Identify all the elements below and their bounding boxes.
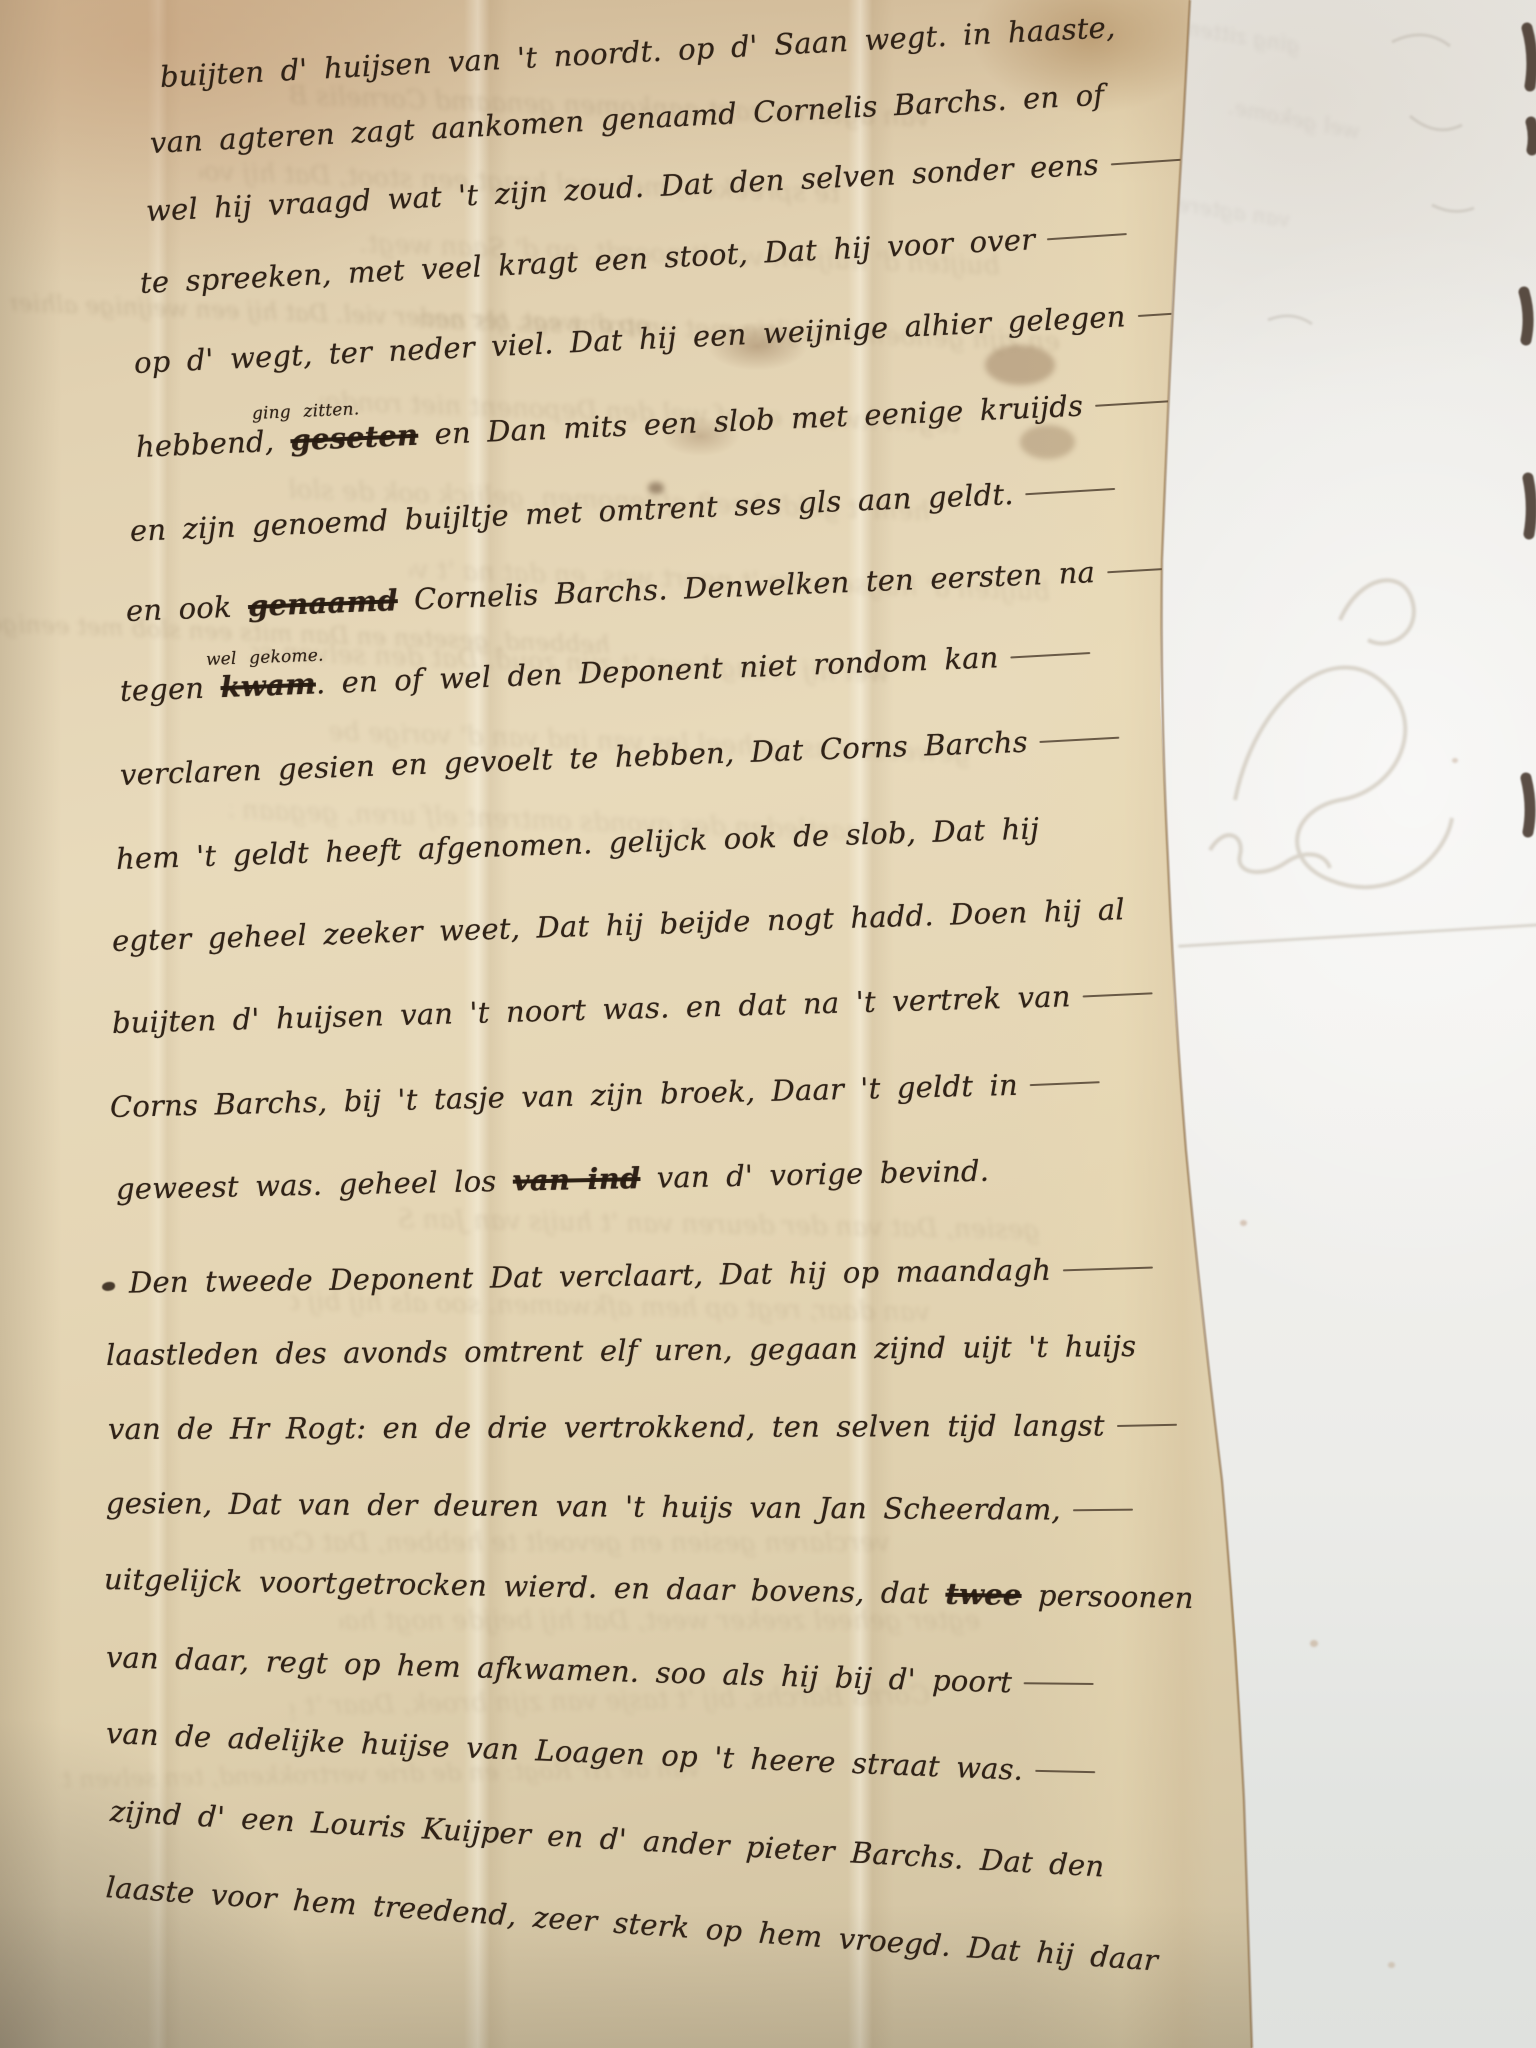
line-text: uitgelijck voortgetrocken wierd. en daar… — [104, 1562, 946, 1611]
line-filler-dash — [1073, 1509, 1133, 1512]
line-filler-dash — [1024, 1682, 1094, 1685]
line-text: Den tweede Deponent Dat verclaart, Dat h… — [129, 1253, 1052, 1300]
foxing-speck — [1452, 758, 1458, 763]
ink-bleedthrough: gesien, Dat van der deuren van 't huijs … — [400, 1204, 1040, 1245]
manuscript-line: en zijn genoemd buijltje met omtrent ses… — [129, 473, 1116, 548]
line-filler-dash — [1030, 1081, 1100, 1086]
manuscript-line: van de Hr Rogt: en de drie vertrokkend, … — [108, 1408, 1177, 1446]
line-filler-dash — [1111, 159, 1181, 166]
manuscript-line: egter geheel zeeker weet, Dat hij beijde… — [111, 892, 1125, 958]
ink-bleedthrough: verclaren gesien en gevoelt te hebben, D… — [250, 1528, 890, 1558]
manuscript-line: laastleden des avonds omtrent elf uren, … — [106, 1329, 1137, 1372]
line-filler-dash — [1117, 1424, 1177, 1427]
manuscript-line: hebbend, geseten en Dan mits een slob me… — [135, 385, 1175, 464]
strikethrough-text: genaamd — [247, 583, 398, 623]
line-text: persoonen — [1021, 1578, 1194, 1615]
ink-smudge — [1020, 425, 1075, 459]
line-filler-dash — [1047, 233, 1127, 240]
manuscript-line: gesien, Dat van der deuren van 't huijs … — [106, 1486, 1133, 1527]
manuscript-line: laaste voor hem treedend, zeer sterk op … — [105, 1870, 1159, 1977]
line-filler-dash — [1026, 488, 1116, 495]
ink-bleedthrough: egter geheel zeeker weet, Dat hij beijde… — [340, 1606, 980, 1636]
line-text: geweest was. geheel los — [116, 1164, 514, 1206]
line-text: laaste voor hem treedend, zeer sterk op … — [105, 1870, 1159, 1977]
strikethrough-text: kwam — [220, 666, 317, 704]
line-filler-dash — [1010, 652, 1090, 658]
paragraph-mark — [102, 1282, 115, 1291]
line-text: tegen — [119, 670, 221, 708]
foxing-speck — [1310, 1640, 1318, 1647]
line-filler-dash — [1083, 992, 1153, 997]
line-text: gesien, Dat van der deuren van 't huijs … — [106, 1486, 1061, 1527]
strikethrough-text: geseten — [290, 418, 419, 458]
line-text: en ook — [125, 589, 248, 628]
manuscript-line: Corns Barchs, bij 't tasje van zijn broe… — [110, 1066, 1101, 1124]
manuscript-line: wel hij vraagd wat 't zijn zoud. Dat den… — [145, 143, 1181, 228]
crease-line — [1178, 923, 1536, 948]
manuscript-line: buijten d' huijsen van 't noort was. en … — [112, 977, 1153, 1040]
manuscript-line: geweest was. geheel los van ind van d' v… — [116, 1154, 990, 1206]
line-text: laastleden des avonds omtrent elf uren, … — [106, 1329, 1137, 1372]
line-filler-dash — [1063, 1267, 1153, 1272]
line-text: egter geheel zeeker weet, Dat hij beijde… — [111, 892, 1125, 958]
line-filler-dash — [1035, 1770, 1095, 1773]
line-text: zijnd d' een Louris Kuijper en d' ander … — [109, 1794, 1105, 1884]
line-text: van de Hr Rogt: en de drie vertrokkend, … — [108, 1409, 1105, 1446]
manuscript-line: buijten d' huijsen van 't noordt. op d' … — [159, 10, 1116, 94]
line-text: buijten d' huijsen van 't noordt. op d' … — [159, 10, 1116, 94]
line-filler-dash — [1095, 400, 1175, 407]
foxing-speck — [1388, 1962, 1395, 1968]
line-text: Corns Barchs, bij 't tasje van zijn broe… — [110, 1068, 1019, 1124]
line-text: buijten d' huijsen van 't noort was. en … — [112, 979, 1072, 1040]
manuscript-line: te spreeken, met veel kragt een stoot, D… — [139, 218, 1128, 300]
line-text: van d' vorige bevind. — [640, 1154, 989, 1195]
foxing-speck — [1240, 1220, 1247, 1226]
strikethrough-text: van ind — [512, 1161, 640, 1198]
manuscript-photo: ging zitten.wel gekome.van agteren zagt … — [0, 0, 1536, 2048]
line-filler-dash — [1040, 737, 1120, 743]
line-text: hebbend, — [135, 423, 291, 464]
strikethrough-text: twee — [945, 1577, 1022, 1612]
manuscript-line: zijnd d' een Louris Kuijper en d' ander … — [109, 1794, 1105, 1884]
line-text: te spreeken, met veel kragt een stoot, D… — [139, 222, 1036, 300]
